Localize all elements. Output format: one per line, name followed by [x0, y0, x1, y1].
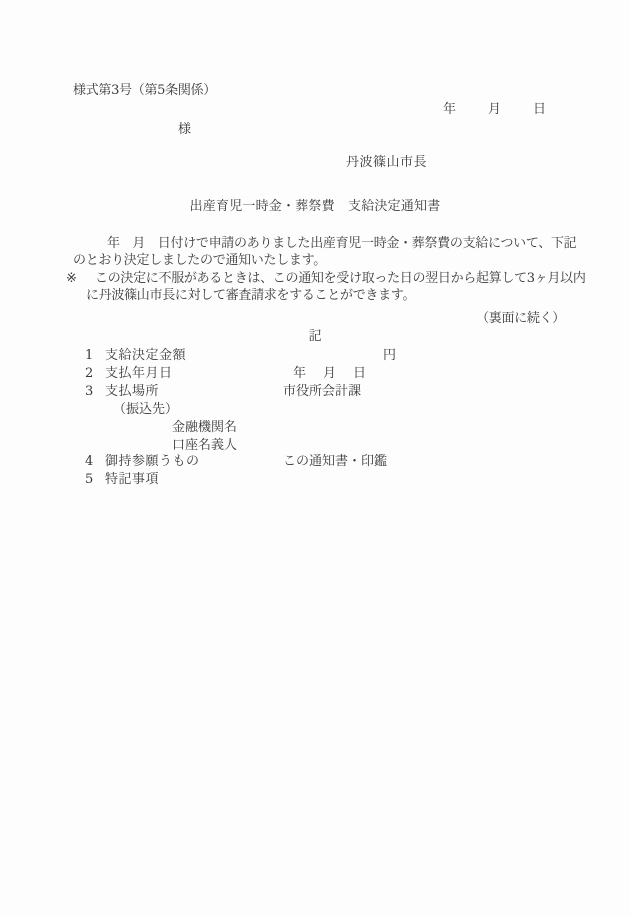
item-number: 5 [85, 472, 93, 487]
continuation-note: （裏面に続く） [476, 311, 565, 326]
item-row-special-notes: 5 特記事項 [0, 472, 630, 488]
account-holder-label: 口座名義人 [172, 438, 237, 453]
body-paragraph-line-1: 年 月 日付けで申請のありました出産育児一時金・葬祭費の支給について、下記 [107, 236, 576, 251]
item-label: 特記事項 [105, 472, 159, 487]
item-row-items-to-bring: 4 御持参願うもの この通知書・印鑑 [0, 454, 630, 470]
document-page: 様式第3号（第5条関係） 年 月 日 様 丹波篠山市長 出産育児一時金・葬祭費 … [0, 0, 630, 915]
record-heading: 記 [0, 329, 630, 344]
note-marker: ※ [66, 271, 77, 286]
appeal-note-text: この決定に不服があるときは、この通知を受け取った日の翌日から起算して3ヶ月以内 [95, 271, 586, 286]
item-label: 支払年月日 [105, 366, 173, 381]
item-row-payment-date: 2 支払年月日 年 月 日 [0, 366, 630, 382]
item-value: この通知書・印鑑 [283, 454, 387, 469]
item-value: 円 [383, 348, 396, 363]
transfer-destination-label: （振込先） [113, 402, 178, 417]
issue-date-line: 年 月 日 [443, 102, 548, 117]
item-number: 4 [85, 454, 93, 469]
addressee-honorific: 様 [178, 122, 191, 137]
item-number: 2 [85, 366, 93, 381]
item-row-payment-amount: 1 支給決定金額 円 [0, 348, 630, 364]
sender-name: 丹波篠山市長 [346, 155, 427, 170]
item-value: 市役所会計課 [283, 384, 361, 399]
item-number: 1 [85, 348, 93, 363]
bank-name-label: 金融機関名 [172, 420, 237, 435]
item-value: 年 月 日 [293, 366, 368, 381]
bank-name-row: 金融機関名 [0, 420, 630, 436]
body-paragraph-line-2: のとおり決定しましたので通知いたします。 [73, 253, 326, 268]
document-title: 出産育児一時金・葬祭費 支給決定通知書 [0, 199, 630, 214]
form-number: 様式第3号（第5条関係） [73, 83, 216, 98]
transfer-destination-row: （振込先） [0, 402, 630, 418]
account-holder-row: 口座名義人 [0, 438, 630, 454]
item-number: 3 [85, 384, 93, 399]
item-row-payment-place: 3 支払場所 市役所会計課 [0, 384, 630, 400]
item-label: 御持参願うもの [105, 454, 200, 469]
item-label: 支給決定金額 [105, 348, 186, 363]
appeal-note-line-2: に丹波篠山市長に対して審査請求をすることができます。 [86, 288, 415, 303]
item-label: 支払場所 [105, 384, 159, 399]
